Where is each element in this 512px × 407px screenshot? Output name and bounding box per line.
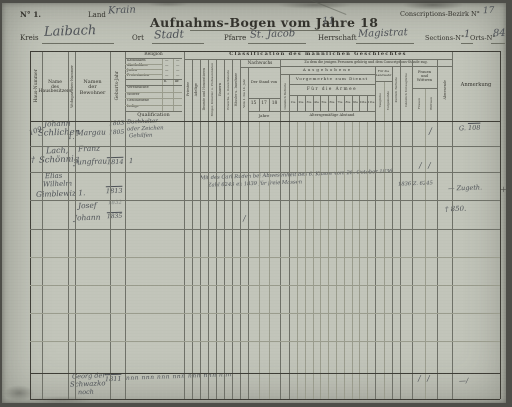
armee-class-6: 6te	[328, 95, 336, 111]
grid-hline	[375, 81, 392, 82]
nachwuchs-mid: Der Stand von	[248, 69, 280, 97]
row4-anmerkung: † 850.	[445, 206, 467, 214]
grid-vline	[392, 66, 393, 399]
grid-hline	[30, 172, 500, 173]
grid-hline	[240, 67, 280, 68]
grid-vline	[269, 121, 270, 399]
scan-smudge	[147, 1, 189, 7]
grid-hline	[248, 111, 375, 112]
grid-vline	[305, 95, 306, 111]
grid-vline	[328, 95, 329, 111]
row2-tally-mark-2: /	[428, 162, 431, 170]
religion-row2-label: Witwer	[127, 93, 139, 97]
grid-vline	[367, 95, 368, 111]
nachwuchs-title: Nachwuchs	[240, 59, 280, 67]
untaugliche-col: Gänzlich Untaugliche	[400, 60, 412, 119]
grid-vline	[500, 51, 501, 399]
grid-vline	[289, 74, 290, 399]
grid-vline	[344, 121, 345, 399]
nachwuchs-jahre: Jahre	[248, 111, 280, 121]
row1-wohnpartei: 1.	[68, 134, 75, 142]
class-col-beamte: Beamte und Honoratioren	[200, 60, 208, 119]
armee-class-5: 5te	[320, 95, 328, 111]
grid-vline	[305, 121, 306, 399]
herrschaft-label: Herrschaft	[318, 35, 357, 42]
col-wohnpartei: Wohnparteien-Nummer	[68, 53, 75, 119]
bezirk-label: Conscriptions-Bezirk N°	[400, 11, 480, 18]
frauen-box-title: FrauenundWittwen	[412, 66, 437, 88]
class-right-note: Zu dem die jenigen Personen gehörig und …	[280, 59, 452, 66]
value-underline	[461, 43, 473, 44]
scanned-form-sheet: N° 1. Land Krain Conscriptions-Bezirk N°…	[2, 3, 506, 403]
grid-hline	[30, 313, 500, 314]
grid-vline	[352, 121, 353, 399]
row1-qualification-3: Gehilfen	[129, 134, 153, 141]
grid-hline	[184, 59, 452, 60]
row3-owner-line3: Gimblewiz 1.	[36, 189, 86, 199]
grid-hline	[125, 64, 162, 65]
grid-hline	[30, 229, 500, 230]
grid-vline	[110, 51, 111, 399]
grid-vline	[75, 51, 76, 399]
row4-bewohner-1: Josef	[78, 202, 97, 211]
abwesende-col: Abwesende	[437, 60, 452, 119]
grid-hline	[289, 84, 375, 85]
armee-class-3: 3te	[305, 95, 313, 111]
form-title-year: 11	[322, 17, 335, 28]
row10-tally-mark-1: /	[418, 375, 421, 383]
col-bewohner: NamenderBewohner	[75, 65, 110, 111]
grid-vline	[313, 121, 314, 399]
herrschaft-value: Magistrat	[358, 28, 408, 40]
row3-anmerkung: — Zugeth.	[448, 184, 482, 192]
value-underline	[491, 43, 505, 44]
grid-hline	[30, 257, 500, 258]
grid-vline	[68, 51, 69, 399]
religion-row2-label: Verehelichte	[127, 86, 149, 90]
grid-hline	[248, 98, 280, 99]
armee-class-11: 11te	[367, 95, 375, 111]
grid-hline	[125, 105, 182, 106]
row3-note-line3: 1836 Z. 6245	[398, 181, 433, 188]
religion-head-kr: kr.	[175, 80, 179, 84]
zeitlich-befreite-col: Zeitlich Befreite	[392, 60, 400, 119]
frauen-col: Frauen	[412, 88, 425, 119]
religion-row2-label: Ledige	[127, 105, 139, 109]
orts-value: 84	[493, 29, 506, 40]
ort-label: Ort	[132, 35, 144, 42]
religion-head-fl: fl.	[164, 80, 167, 84]
row1-anmerkung: G. 108	[459, 125, 481, 133]
grid-hline	[30, 51, 500, 52]
grid-vline	[184, 51, 185, 399]
landwehr-col-2: Vorgemerkte	[384, 81, 392, 119]
grid-vline	[344, 95, 345, 111]
row10-tally-mark-2: /	[427, 375, 430, 383]
form-number: N° 1.	[20, 11, 41, 19]
pfarre-value: St. Jacob	[250, 29, 296, 41]
grid-vline	[359, 95, 360, 111]
grid-vline	[375, 66, 376, 399]
nachwuchs-vert-col: Vom 1. bis 14. Jahr	[240, 67, 248, 119]
row2-tally-mark-1: /	[419, 162, 422, 170]
nachwuchs-age-15: 15	[248, 98, 259, 111]
grid-hline	[30, 200, 500, 201]
wittwen-col: Wittwen	[425, 88, 437, 119]
section-label: Sections-N°	[425, 35, 464, 42]
armee-header: Für die Armee	[289, 84, 375, 95]
row10-anmerkung: —/	[459, 378, 469, 386]
row2-bewohner-2: Jungfrau	[74, 157, 107, 166]
grid-vline	[320, 121, 321, 399]
row3-geburtsjahr: 1813	[106, 188, 123, 195]
grid-vline	[336, 95, 337, 111]
row4-bewohner-2: Johann	[74, 214, 101, 223]
row3-note-line2: Zahl 6245 ex 1839 für freie Massen	[208, 180, 302, 189]
grid-hline	[125, 98, 182, 99]
land-value: Krain	[108, 6, 136, 17]
landwehr-col-1: Taugliche	[375, 81, 384, 119]
anmerkung-header: Anmerkung	[452, 51, 500, 121]
grid-vline	[367, 121, 368, 399]
class-col-bauern: Bauern	[216, 60, 224, 119]
grid-vline	[328, 121, 329, 399]
value-underline	[42, 43, 114, 44]
armee-class-9: 9te	[352, 95, 359, 111]
grid-vline	[42, 51, 43, 399]
row10-bewohner-3: noch	[78, 389, 94, 396]
grid-hline	[125, 92, 182, 93]
religion-row2-label: Geschiedene	[127, 99, 149, 103]
grid-hline	[30, 146, 500, 147]
grid-hline	[125, 85, 182, 86]
class-befreite-col: Gänzlich Befreite	[280, 74, 289, 119]
pencil-scratch	[302, 0, 347, 15]
orts-label: Orts-N°	[470, 35, 496, 42]
grid-vline	[125, 51, 126, 399]
kreis-label: Kreis	[20, 35, 39, 42]
class-col-buerger: Bürger, Künstler u. Professionisten	[208, 60, 216, 119]
ort-value: Stadt	[154, 28, 184, 41]
grid-hline	[30, 121, 500, 122]
grid-vline	[336, 121, 337, 399]
value-underline	[356, 43, 414, 44]
vorgemerkte-header: Vorgemerkte zum Dienst	[289, 74, 375, 84]
armee-class-7: 7te	[336, 95, 344, 111]
grid-hline	[125, 69, 162, 70]
class-col-gewerbsleute: Erwerbs- u. Gewerbsleute	[224, 60, 232, 119]
grid-vline	[425, 88, 426, 399]
grid-hline	[125, 74, 162, 75]
religion-dash: —	[176, 74, 179, 78]
grid-vline	[30, 51, 31, 399]
grid-hline	[125, 58, 182, 59]
row2-count: 1	[129, 158, 134, 165]
bezirk-value: 17	[483, 7, 495, 17]
grid-vline	[352, 95, 353, 111]
grid-hline	[412, 88, 437, 89]
grid-vline	[313, 95, 314, 111]
landwehr-title: Für die Landwehr	[375, 66, 392, 81]
grid-hline	[280, 74, 375, 75]
class-spaced-header: Ausgehobene	[280, 66, 375, 74]
grid-vline	[297, 95, 298, 111]
armee-class-1: 1te	[289, 95, 297, 111]
row10-geburtsjahr: 1811	[105, 376, 122, 383]
row2-cross-mark: †	[31, 156, 35, 165]
class-col-haeusler: Häusler u. Inwohner	[232, 60, 240, 119]
grid-hline	[280, 66, 452, 67]
value-underline	[152, 43, 204, 44]
row1-tally-mark: /	[429, 128, 432, 138]
grid-vline	[359, 121, 360, 399]
armee-class-2: 2te	[297, 95, 305, 111]
grid-vline	[259, 98, 260, 111]
grid-hline	[289, 95, 375, 96]
grid-vline	[320, 95, 321, 111]
grid-hline	[125, 111, 182, 112]
value-underline	[248, 43, 306, 44]
grid-hline	[30, 399, 500, 400]
col-hausbesitzer: NamedesHausbesitzers	[42, 65, 68, 111]
grid-hline	[30, 285, 500, 286]
grid-hline	[30, 373, 500, 374]
col-geburtsjahr: Geburts-Jahr	[110, 53, 125, 119]
grid-vline	[259, 121, 260, 399]
religion-dash: —	[165, 74, 168, 78]
land-label: Land	[88, 12, 106, 19]
row1-geburtsjahr-2: 1805	[109, 130, 124, 137]
grid-vline	[452, 51, 453, 399]
armee-class-4: 4te	[313, 95, 320, 111]
grid-hline	[125, 79, 182, 80]
row1-bewohner: Margau	[76, 128, 106, 137]
row4-tally-mark: /	[243, 215, 246, 223]
grid-vline	[297, 121, 298, 399]
armee-class-10: 10te	[359, 95, 367, 111]
col-haus-nummer: Haus-Nummer	[30, 53, 42, 119]
armee-footer: Altersgemäßige Abstand	[289, 111, 375, 121]
class-col-adelige: Adelige	[192, 60, 200, 119]
nachwuchs-age-18: 18	[269, 98, 280, 111]
scan-smudge	[402, 0, 464, 10]
pfarre-label: Pfarre	[224, 35, 246, 42]
grid-vline	[248, 67, 249, 399]
grid-hline	[30, 341, 500, 342]
grid-vline	[384, 81, 385, 399]
grid-vline	[269, 98, 270, 111]
armee-class-8: 8te	[344, 95, 352, 111]
kreis-value: Laibach	[44, 24, 97, 39]
nachwuchs-age-17: 17	[259, 98, 269, 111]
class-col-priester: Priester	[184, 60, 192, 119]
